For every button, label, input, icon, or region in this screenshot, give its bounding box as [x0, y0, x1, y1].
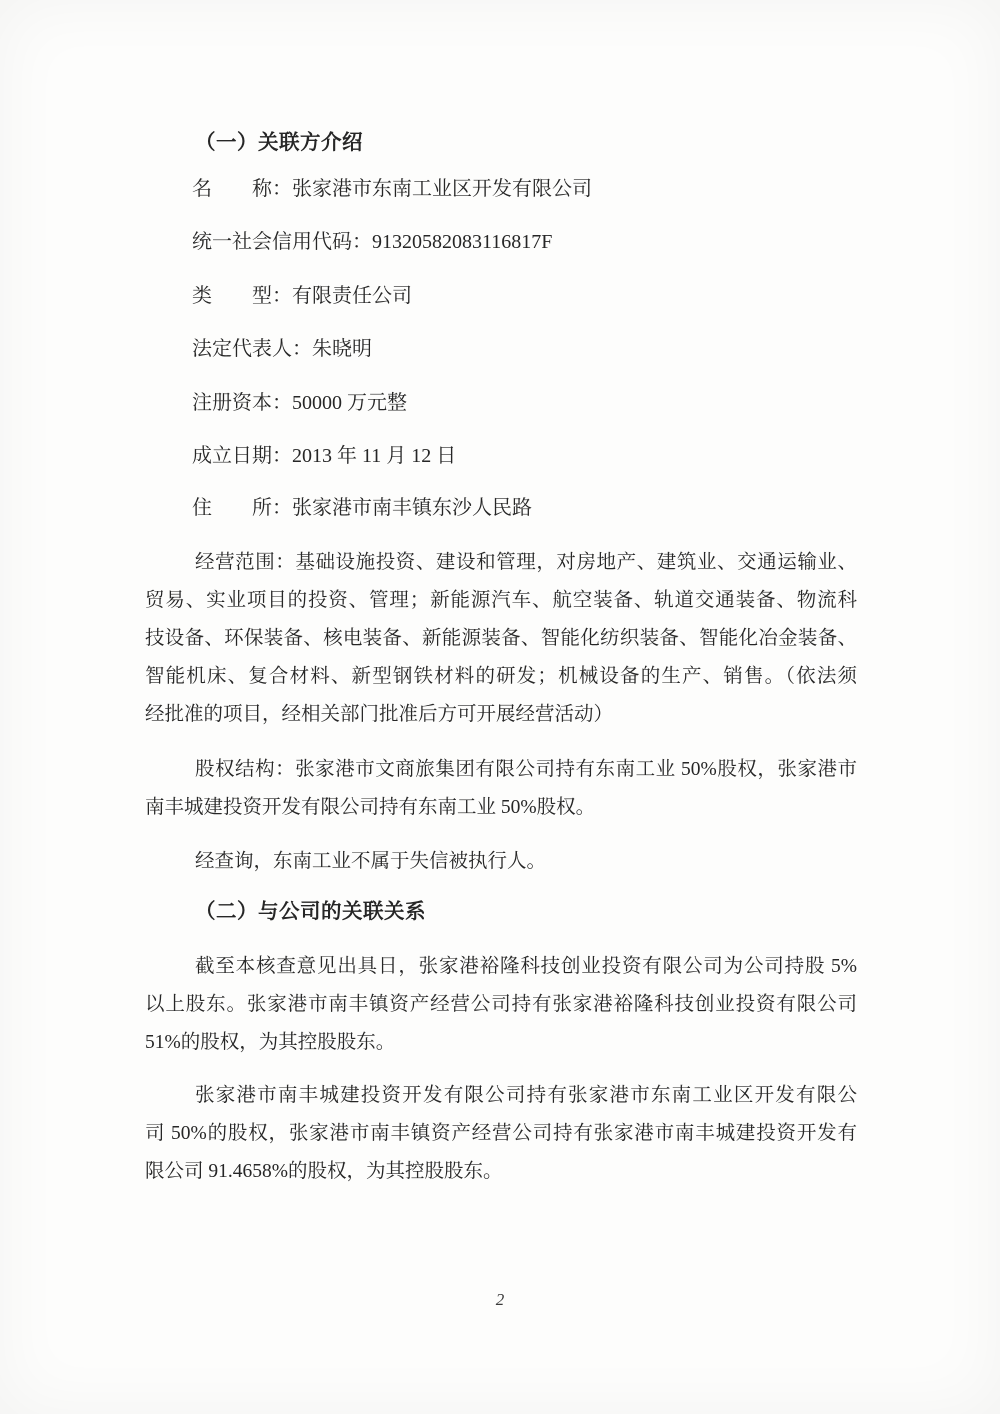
- relation-para2-line: 司 50%的股权，张家港市南丰镇资产经营公司持有张家港市南丰城建投资开发有: [145, 1115, 857, 1153]
- relation-para1-line: 51%的股权，为其控股股东。: [145, 1024, 857, 1062]
- inquiry-line: 经查询，东南工业不属于失信被执行人。: [145, 843, 857, 881]
- field-company-type: 类 型：有限责任公司: [145, 283, 857, 309]
- section-heading-company-relation: （二）与公司的关联关系: [145, 898, 857, 926]
- field-registered-capital: 注册资本：50000 万元整: [145, 390, 857, 416]
- business-scope-line: 智能机床、复合材料、新型钢铁材料的研发；机械设备的生产、销售。（依法须: [145, 658, 857, 696]
- relation-para1-line: 以上股东。张家港市南丰镇资产经营公司持有张家港裕隆科技创业投资有限公司: [145, 986, 857, 1024]
- field-legal-representative: 法定代表人：朱晓明: [145, 336, 857, 362]
- page-number: 2: [0, 1290, 1000, 1310]
- section-heading-related-party-intro: （一）关联方介绍: [145, 129, 857, 157]
- relation-paragraph-2: 张家港市南丰城建投资开发有限公司持有张家港市东南工业区开发有限公 司 50%的股…: [145, 1077, 857, 1191]
- business-scope-line: 技设备、环保装备、核电装备、新能源装备、智能化纺织装备、智能化冶金装备、: [145, 620, 857, 658]
- relation-para2-line: 张家港市南丰城建投资开发有限公司持有张家港市东南工业区开发有限公: [145, 1077, 857, 1115]
- equity-structure-paragraph: 股权结构：张家港市文商旅集团有限公司持有东南工业 50%股权，张家港市 南丰城建…: [145, 751, 857, 827]
- business-scope-paragraph: 经营范围：基础设施投资、建设和管理，对房地产、建筑业、交通运输业、 贸易、实业项…: [145, 544, 857, 734]
- relation-para2-line: 限公司 91.4658%的股权，为其控股股东。: [145, 1153, 857, 1191]
- business-scope-line: 贸易、实业项目的投资、管理；新能源汽车、航空装备、轨道交通装备、物流科: [145, 582, 857, 620]
- field-establish-date: 成立日期：2013 年 11 月 12 日: [145, 443, 857, 469]
- equity-structure-line: 南丰城建投资开发有限公司持有东南工业 50%股权。: [145, 789, 857, 827]
- document-page: （一）关联方介绍 名 称：张家港市东南工业区开发有限公司 统一社会信用代码：91…: [0, 0, 1000, 1414]
- business-scope-line: 经营范围：基础设施投资、建设和管理，对房地产、建筑业、交通运输业、: [145, 544, 857, 582]
- field-company-name: 名 称：张家港市东南工业区开发有限公司: [145, 176, 857, 202]
- field-address: 住 所：张家港市南丰镇东沙人民路: [145, 495, 857, 521]
- equity-structure-line: 股权结构：张家港市文商旅集团有限公司持有东南工业 50%股权，张家港市: [145, 751, 857, 789]
- field-credit-code: 统一社会信用代码：91320582083116817F: [145, 229, 857, 255]
- relation-paragraph-1: 截至本核查意见出具日，张家港裕隆科技创业投资有限公司为公司持股 5% 以上股东。…: [145, 948, 857, 1062]
- business-scope-line: 经批准的项目，经相关部门批准后方可开展经营活动）: [145, 696, 857, 734]
- relation-para1-line: 截至本核查意见出具日，张家港裕隆科技创业投资有限公司为公司持股 5%: [145, 948, 857, 986]
- inquiry-paragraph: 经查询，东南工业不属于失信被执行人。: [145, 843, 857, 881]
